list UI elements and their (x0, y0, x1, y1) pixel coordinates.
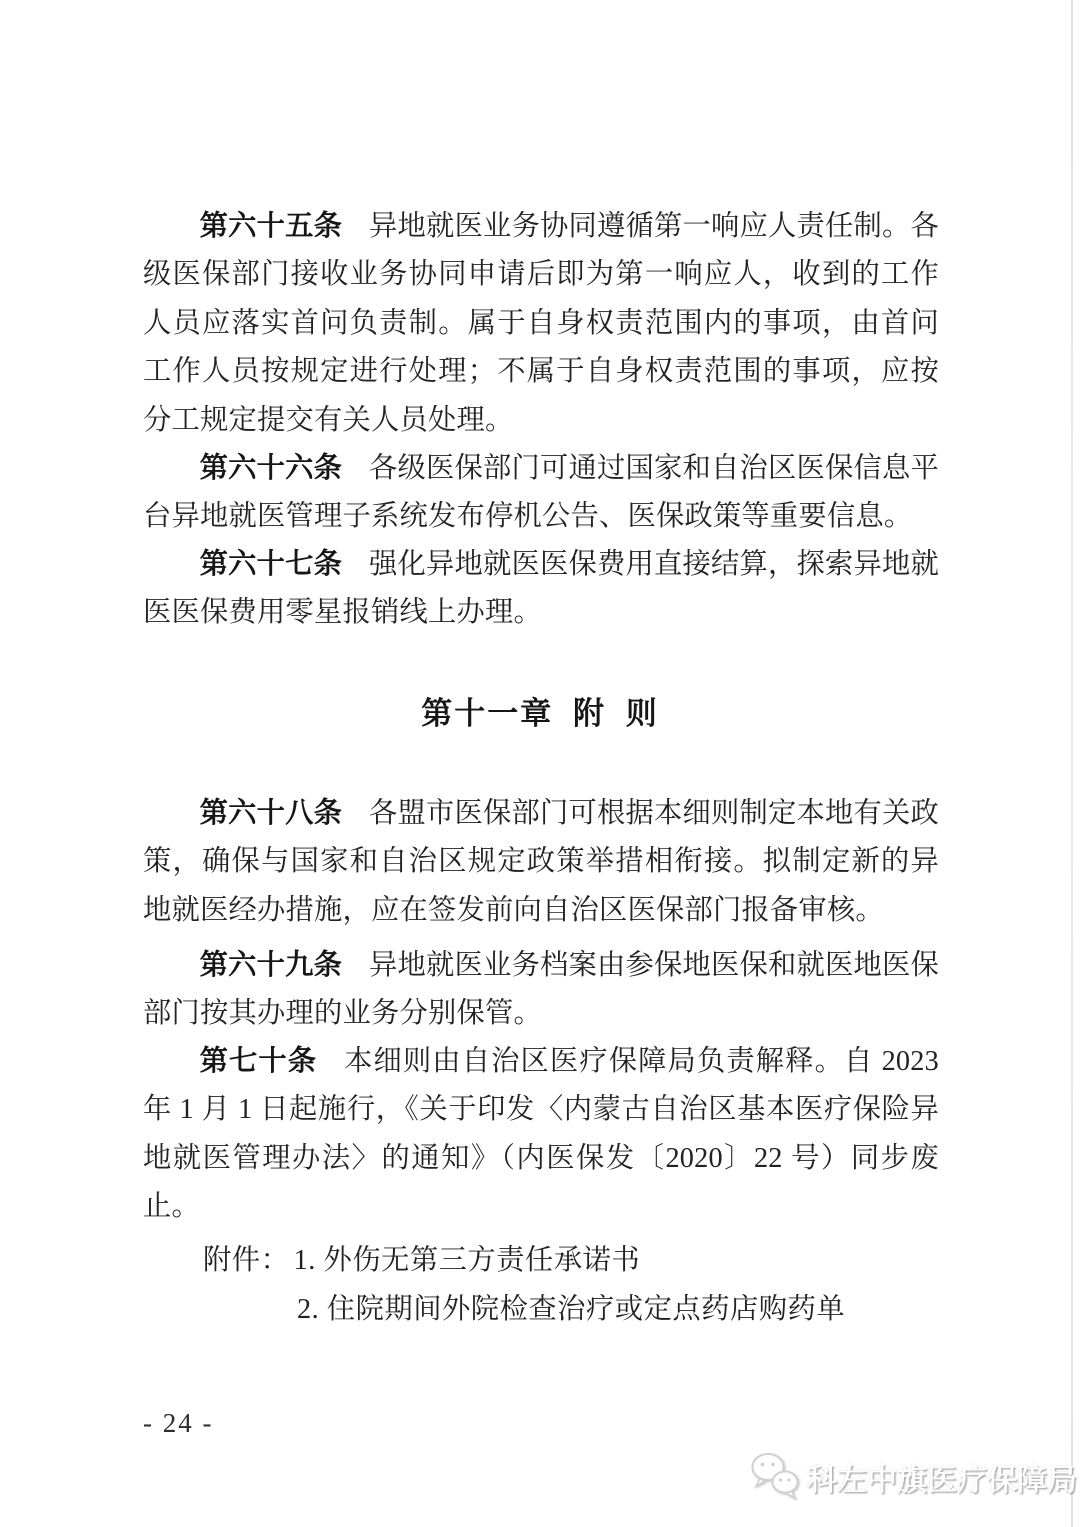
attachments-line-2: 2. 住院期间外院检查治疗或定点药店购药单 (297, 1285, 845, 1334)
article-67-paragraph: 第六十七条强化异地就医医保费用直接结算，探索异地就医医保费用零星报销线上办理。 (143, 541, 939, 638)
article-67-lead: 第六十七条 (200, 549, 343, 580)
scanned-document-page: 第六十五条异地就医业务协同遵循第一响应人责任制。各级医保部门接收业务协同申请后即… (0, 0, 1080, 1527)
attachment-item-1: 1. 外伤无第三方责任承诺书 (294, 1245, 641, 1276)
article-69-lead: 第六十九条 (200, 950, 343, 981)
article-65-lead: 第六十五条 (200, 211, 343, 242)
attachments-label: 附件： (203, 1245, 289, 1276)
article-66-paragraph: 第六十六条各级医保部门可通过国家和自治区医保信息平台异地就医管理子系统发布停机公… (143, 445, 939, 542)
article-65-paragraph: 第六十五条异地就医业务协同遵循第一响应人责任制。各级医保部门接收业务协同申请后即… (143, 203, 939, 445)
article-65-text: 异地就医业务协同遵循第一响应人责任制。各级医保部门接收业务协同申请后即为第一响应… (143, 211, 939, 436)
article-70-paragraph: 第七十条本细则由自治区医疗保障局负责解释。自 2023 年 1 月 1 日起施行… (143, 1038, 939, 1232)
attachment-item-2: 2. 住院期间外院检查治疗或定点药店购药单 (297, 1294, 845, 1325)
attachments-line-1: 附件：1. 外伤无第三方责任承诺书 (203, 1236, 640, 1285)
chapter-heading: 第十一章 附 则 (0, 688, 1080, 733)
wechat-watermark: 科左中旗医疗保障局 (750, 1451, 1077, 1503)
article-66-lead: 第六十六条 (200, 453, 343, 484)
article-69-paragraph: 第六十九条异地就医业务档案由参保地医保和就医地医保部门按其办理的业务分别保管。 (143, 942, 939, 1039)
article-68-lead: 第六十八条 (200, 798, 343, 829)
watermark-account-name: 科左中旗医疗保障局 (807, 1455, 1077, 1499)
wechat-icon (750, 1451, 800, 1503)
article-70-lead: 第七十条 (200, 1046, 318, 1077)
page-number: - 24 - (143, 1408, 213, 1439)
scan-edge-line (1071, 0, 1073, 1527)
article-68-paragraph: 第六十八条各盟市医保部门可根据本细则制定本地有关政策，确保与国家和自治区规定政策… (143, 790, 939, 935)
